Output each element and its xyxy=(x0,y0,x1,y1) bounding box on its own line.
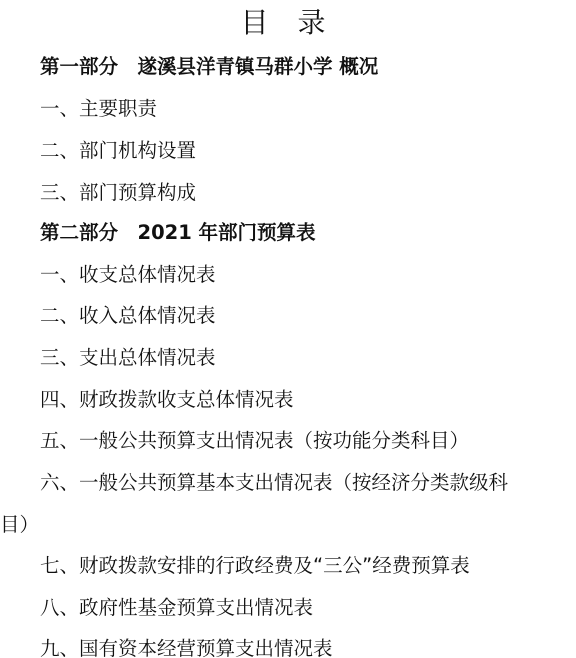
toc-item: 一、主要职责 xyxy=(40,96,157,122)
toc-item: 二、收入总体情况表 xyxy=(40,303,216,329)
toc-item: 九、国有资本经营预算支出情况表 xyxy=(40,636,333,658)
part2-heading: 第二部分 2021 年部门预算表 xyxy=(40,220,316,246)
toc-item: 五、一般公共预算支出情况表（按功能分类科目） xyxy=(40,428,469,454)
toc-item: 一、收支总体情况表 xyxy=(40,262,216,288)
toc-item: 八、政府性基金预算支出情况表 xyxy=(40,595,313,621)
part1-heading: 第一部分 遂溪县洋青镇马群小学 概况 xyxy=(40,54,378,80)
toc-item-continuation: 目） xyxy=(0,512,39,538)
toc-item: 三、部门预算构成 xyxy=(40,180,196,206)
toc-item: 六、一般公共预算基本支出情况表（按经济分类款级科 xyxy=(40,470,508,496)
toc-item: 三、支出总体情况表 xyxy=(40,345,216,371)
toc-item: 四、财政拨款收支总体情况表 xyxy=(40,387,294,413)
toc-item: 二、部门机构设置 xyxy=(40,138,196,164)
toc-item: 七、财政拨款安排的行政经费及“三公”经费预算表 xyxy=(40,553,470,579)
page-title: 目 录 xyxy=(0,6,576,40)
